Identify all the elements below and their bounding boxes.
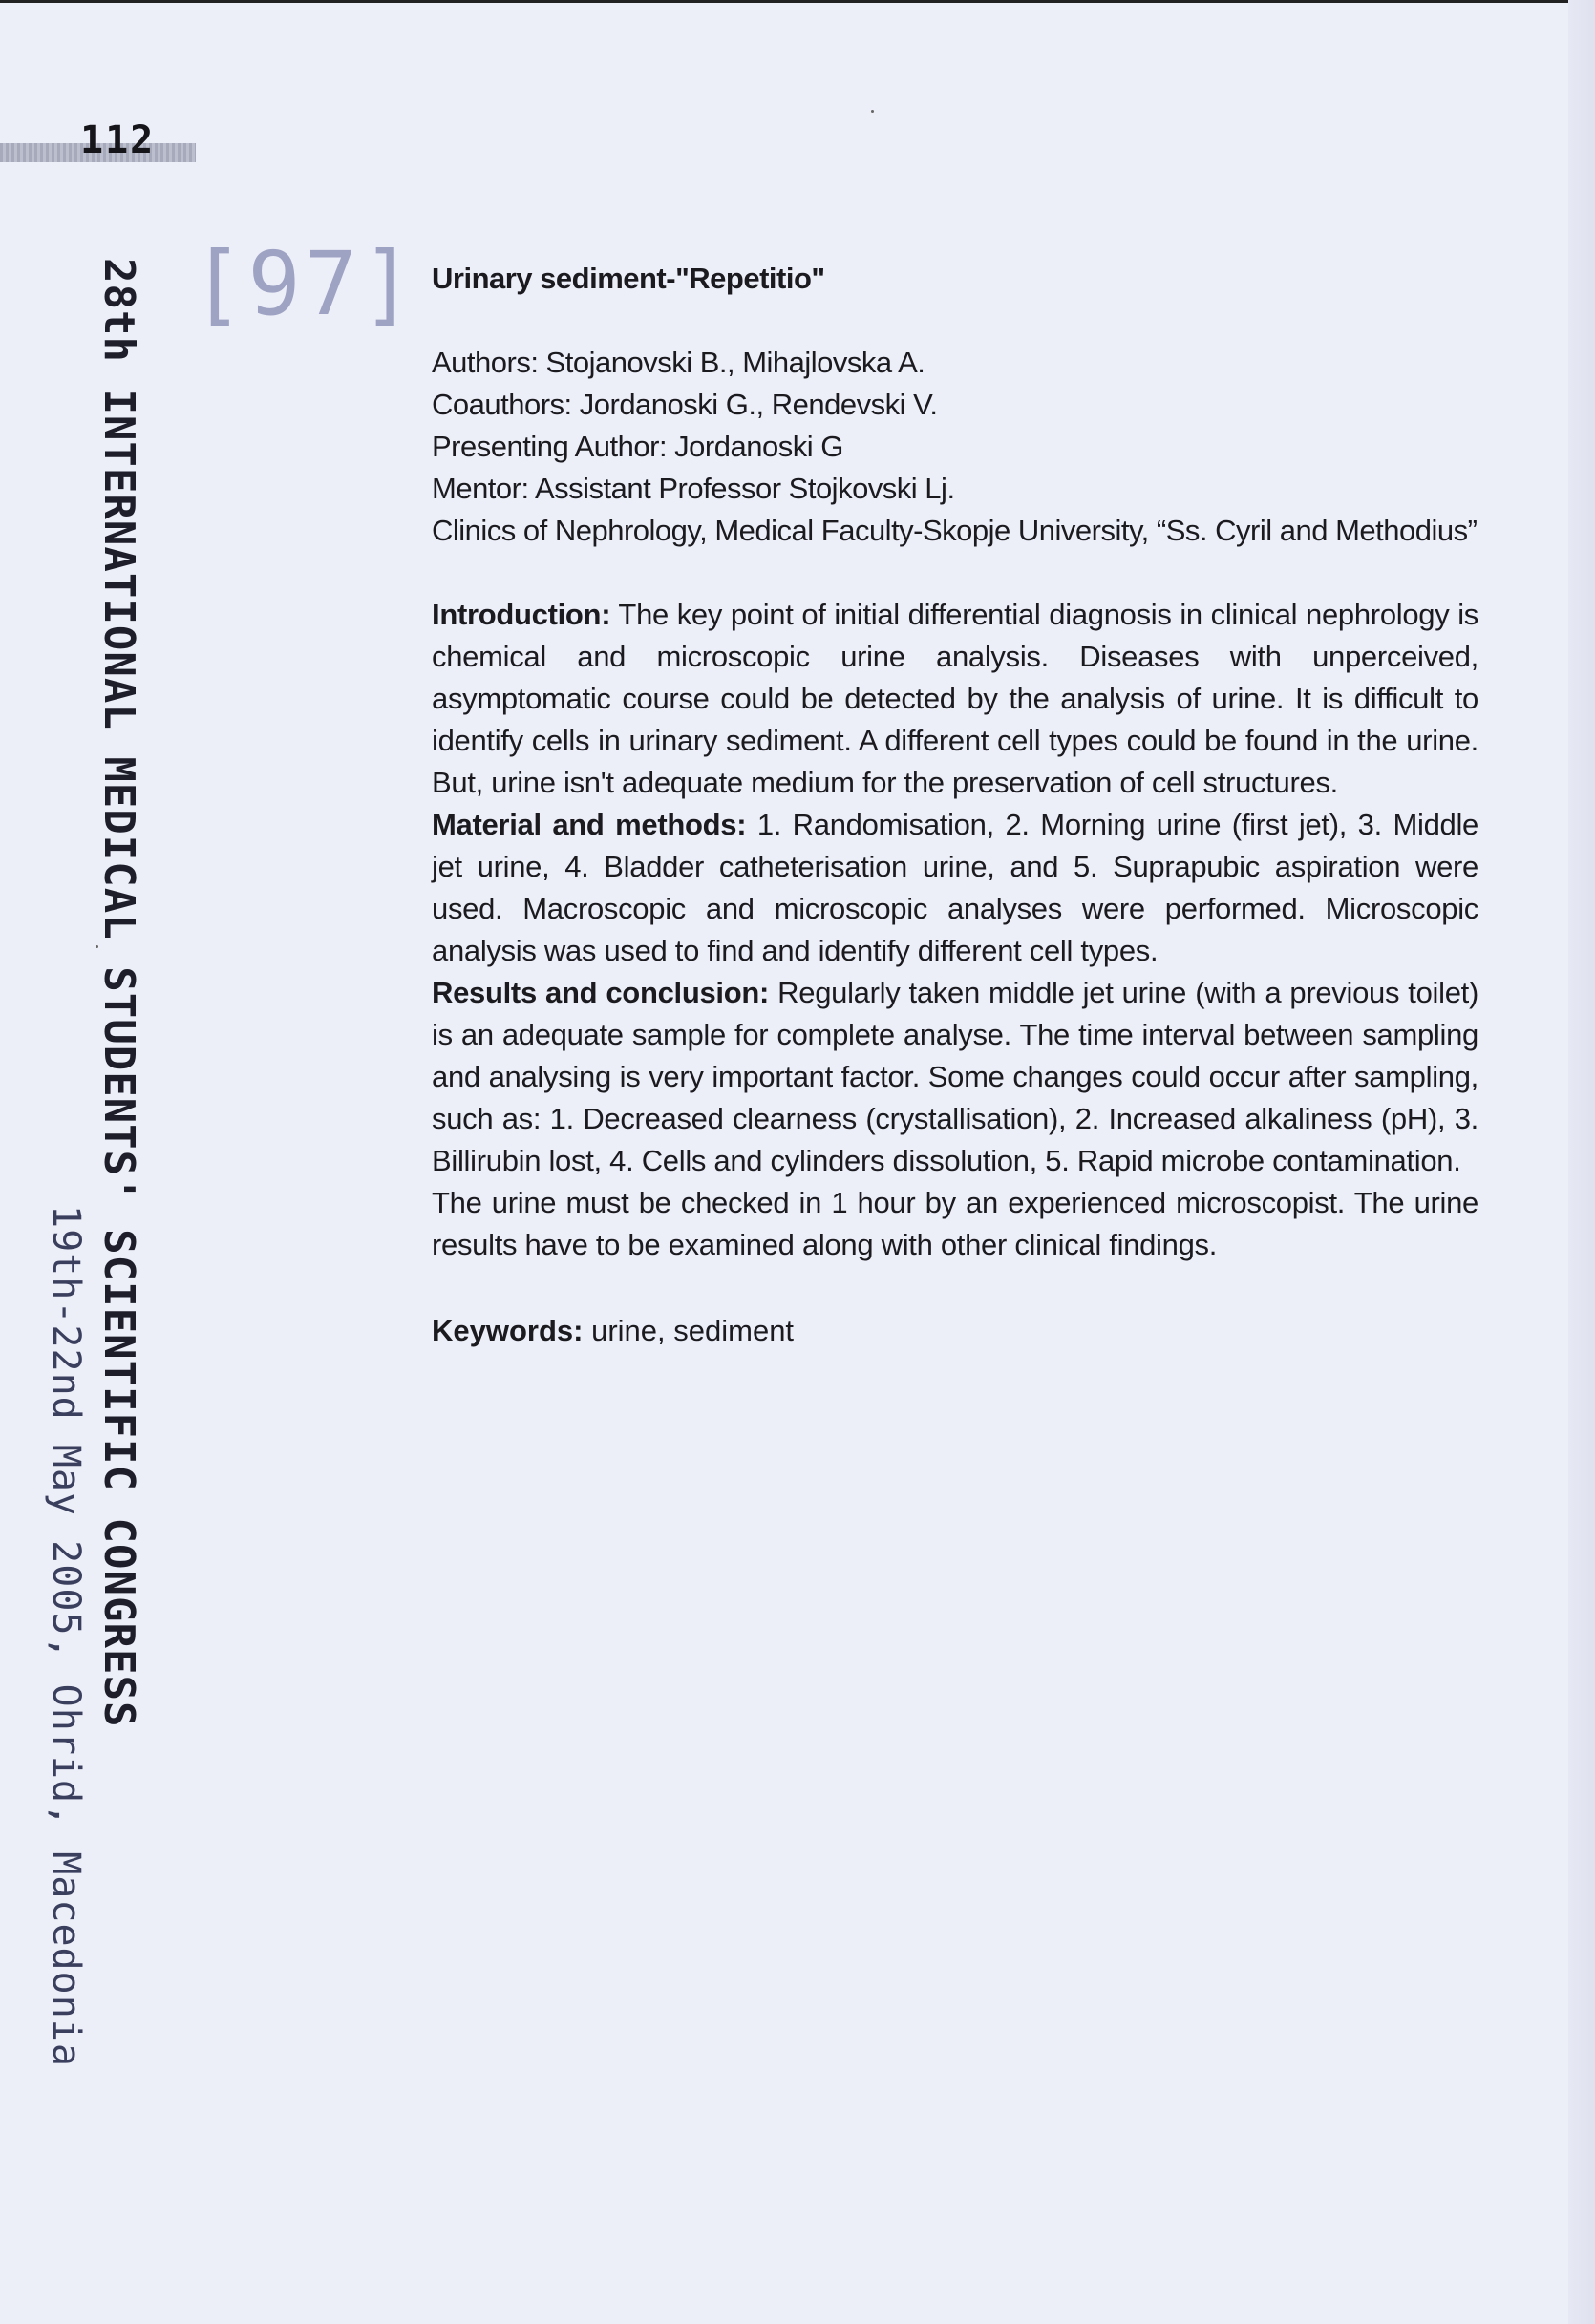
section-results: Results and conclusion: Regularly taken …: [432, 972, 1478, 1182]
scan-speck: [96, 945, 98, 948]
abstract-meta: Authors: Stojanovski B., Mihajlovska A. …: [432, 342, 1478, 552]
keywords: Keywords: urine, sediment: [432, 1310, 1478, 1352]
congress-date-location-vertical: 19th-22nd May 2005, Ohrid, Macedonia: [44, 1205, 88, 2067]
section-heading: Results and conclusion:: [432, 976, 769, 1009]
abstract-sections: Introduction: The key point of initial d…: [432, 594, 1478, 1266]
page-top-edge: [0, 0, 1595, 3]
authors-line: Authors: Stojanovski B., Mihajlovska A.: [432, 342, 1478, 384]
page-right-edge: [1568, 0, 1595, 2324]
keywords-value: urine, sediment: [583, 1314, 794, 1347]
section-introduction: Introduction: The key point of initial d…: [432, 594, 1478, 804]
section-heading: Material and methods:: [432, 808, 746, 841]
congress-title-vertical: 28th INTERNATIONAL MEDICAL STUDENTS' SCI…: [95, 258, 143, 1727]
affiliation-line: Clinics of Nephrology, Medical Faculty-S…: [432, 510, 1478, 552]
abstract-number: [97]: [191, 241, 418, 328]
page-number: 112: [80, 118, 155, 162]
mentor-line: Mentor: Assistant Professor Stojkovski L…: [432, 468, 1478, 510]
keywords-label: Keywords:: [432, 1314, 583, 1347]
section-heading: Introduction:: [432, 598, 610, 631]
closing-paragraph: The urine must be checked in 1 hour by a…: [432, 1182, 1478, 1266]
scan-speck: [871, 110, 874, 113]
abstract-body: Urinary sediment-"Repetitio" Authors: St…: [432, 258, 1478, 1352]
coauthors-line: Coauthors: Jordanoski G., Rendevski V.: [432, 384, 1478, 426]
section-methods: Material and methods: 1. Randomisation, …: [432, 804, 1478, 972]
abstract-title: Urinary sediment-"Repetitio": [432, 258, 1478, 300]
presenting-author-line: Presenting Author: Jordanoski G: [432, 426, 1478, 468]
